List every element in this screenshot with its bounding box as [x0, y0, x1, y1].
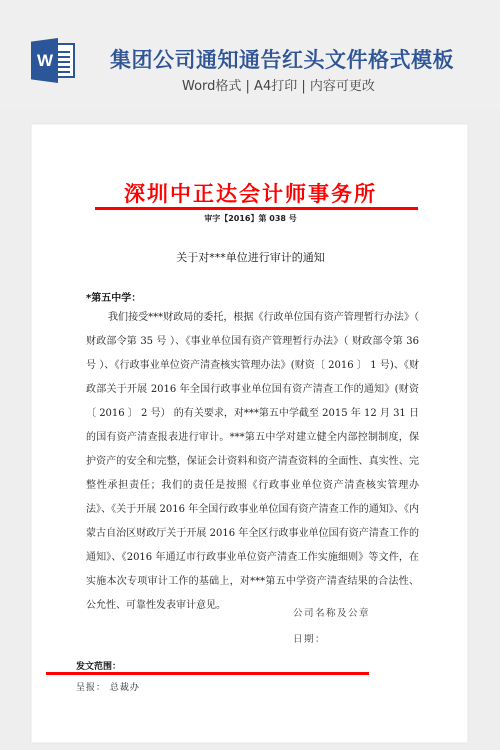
document-page: 深圳中正达会计师事务所 审字【2016】第 038 号 关于对***单位进行审计… [31, 124, 468, 743]
banner-subtitle: Word格式 | A4打印 | 内容可更改 [182, 75, 375, 94]
date-label: 日期： [293, 631, 326, 645]
body-paragraph: 我们接受***财政局的委托，根据《行政单位国有资产管理暂行办法》（ 财政部令第 … [86, 306, 419, 618]
org-title: 深圳中正达会计师事务所 [32, 178, 469, 208]
salutation: *第五中学： [86, 289, 141, 304]
template-banner: W 集团公司通知通告红头文件格式模板 Word格式 | A4打印 | 内容可更改 [0, 0, 500, 110]
document-number: 审字【2016】第 038 号 [32, 213, 469, 224]
distribution-label: 发文范围： [76, 659, 121, 672]
footer-red-divider [46, 672, 369, 675]
word-icon: W [31, 38, 77, 83]
report-to-line: 呈报： 总裁办 [76, 680, 140, 693]
word-icon-letter: W [31, 38, 58, 83]
banner-title: 集团公司通知通告红头文件格式模板 [110, 44, 450, 74]
notice-title: 关于对***单位进行审计的通知 [32, 249, 469, 265]
header-red-divider [95, 207, 418, 210]
signature-line: 公司名称及公章 [293, 605, 370, 619]
